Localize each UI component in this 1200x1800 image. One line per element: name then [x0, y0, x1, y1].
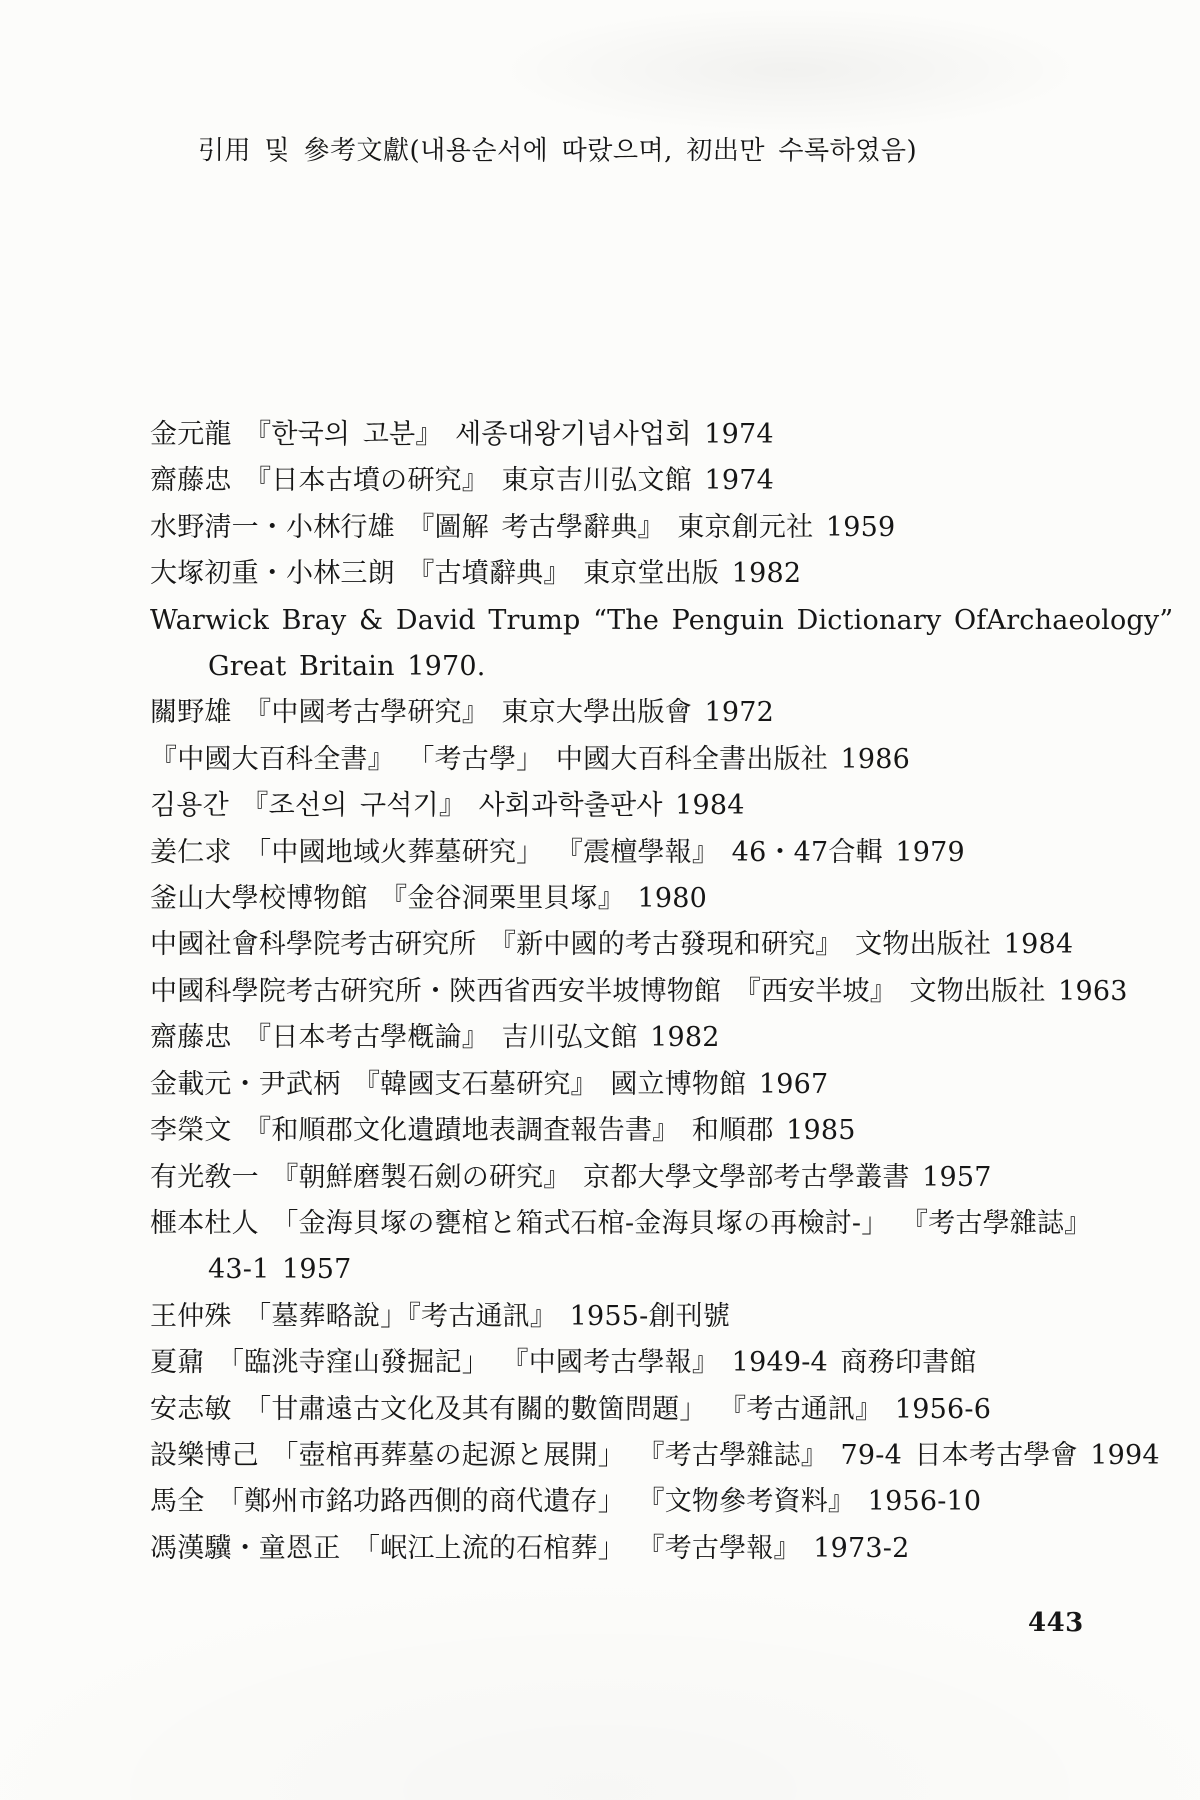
bibliography-entry: 『中國大百科全書』 「考古學」 中國大百科全書出版社 1986 — [150, 737, 1100, 783]
bibliography-entry: 有光敎一 『朝鮮磨製石劍の硏究』 京都大學文學部考古學叢書 1957 — [150, 1155, 1100, 1201]
bibliography-entry: 馬全 「鄭州市銘功路西側的商代遺存」 『文物參考資料』 1956-10 — [150, 1479, 1100, 1525]
bibliography-entry: 夏鼐 「臨洮寺窪山發掘記」 『中國考古學報』 1949-4 商務印書館 — [150, 1340, 1100, 1386]
bibliography-entry: 安志敏 「甘肅遠古文化及其有關的數箇問題」 『考古通訊』 1956-6 — [150, 1387, 1100, 1433]
bibliography-entry: 釜山大學校博物館 『金谷洞栗里貝塚』 1980 — [150, 876, 1100, 922]
bibliography-entry: 齋藤忠 『日本古墳の硏究』 東京吉川弘文館 1974 — [150, 458, 1100, 504]
page-title: 引用 및 參考文獻(내용순서에 따랐으며, 初出만 수록하였음) — [198, 130, 917, 167]
bibliography-entry: 中國社會科學院考古硏究所 『新中國的考古發現和硏究』 文物出版社 1984 — [150, 922, 1100, 968]
bibliography-entry: 王仲殊 「墓葬略說」『考古通訊』 1955-創刊號 — [150, 1294, 1100, 1340]
bibliography-entry: 關野雄 『中國考古學硏究』 東京大學出版會 1972 — [150, 690, 1100, 736]
bibliography-entry: 金載元・尹武柄 『韓國支石墓硏究』 國立博物館 1967 — [150, 1062, 1100, 1108]
bibliography-entry: 김용간 『조선의 구석기』 사회과학출판사 1984 — [150, 783, 1100, 829]
page-number: 443 — [1028, 1608, 1084, 1638]
bibliography-entry: 榧本杜人 「金海貝塚の甕棺と箱式石棺-金海貝塚の再檢討-」 『考古學雜誌』 — [150, 1201, 1100, 1247]
bibliography-entry: 水野淸一・小林行雄 『圖解 考古學辭典』 東京創元社 1959 — [150, 505, 1100, 551]
bibliography-list: 金元龍 『한국의 고분』 세종대왕기념사업회 1974 齋藤忠 『日本古墳の硏究… — [150, 412, 1100, 1572]
bibliography-entry: 金元龍 『한국의 고분』 세종대왕기념사업회 1974 — [150, 412, 1100, 458]
bibliography-entry: 設樂博己 「壺棺再葬墓の起源と展開」 『考古學雜誌』 79-4 日本考古學會 1… — [150, 1433, 1100, 1479]
bibliography-entry: Warwick Bray & David Trump “The Penguin … — [150, 598, 1100, 644]
bibliography-entry: 李榮文 『和順郡文化遺蹟地表調査報告書』 和順郡 1985 — [150, 1108, 1100, 1154]
bibliography-entry: 大塚初重・小林三朗 『古墳辭典』 東京堂出版 1982 — [150, 551, 1100, 597]
bibliography-entry: 馮漢驥・童恩正 「岷江上流的石棺葬」 『考古學報』 1973-2 — [150, 1526, 1100, 1572]
bibliography-entry: 齋藤忠 『日本考古學槪論』 吉川弘文館 1982 — [150, 1015, 1100, 1061]
bibliography-entry: 姜仁求 「中國地域火葬墓硏究」 『震檀學報』 46・47合輯 1979 — [150, 830, 1100, 876]
bibliography-entry-continuation: 43-1 1957 — [150, 1247, 1100, 1293]
bibliography-entry-continuation: Great Britain 1970. — [150, 644, 1100, 690]
bibliography-entry: 中國科學院考古硏究所・陝西省西安半坡博物館 『西安半坡』 文物出版社 1963 — [150, 969, 1100, 1015]
